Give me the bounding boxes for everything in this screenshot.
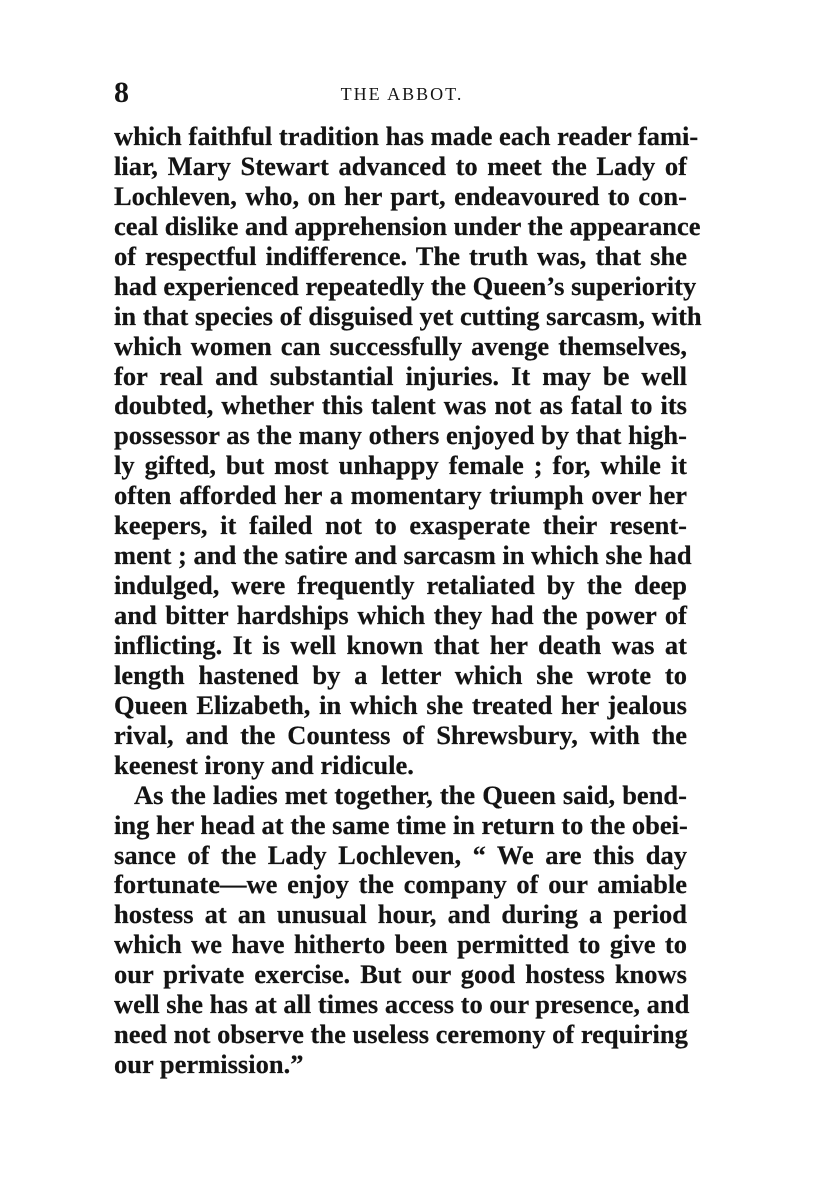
text-line: often afforded her a momentary triumph o… [114,481,687,511]
text-line: of respectful indifference. The truth wa… [114,242,687,272]
text-line: Queen Elizabeth, in which she treated he… [114,691,687,721]
book-page: 8 THE ABBOT. which faithful tradition ha… [0,0,840,1191]
text-line: sance of the Lady Lochleven, “ We are th… [114,841,687,871]
text-line: ly gifted, but most unhappy female ; for… [114,451,687,481]
text-line: need not observe the useless ceremony of… [114,1020,687,1050]
running-head: 8 THE ABBOT. [114,76,686,110]
text-line: for real and substantial injuries. It ma… [114,362,687,392]
paragraph-end-line: our permission.” [114,1050,687,1080]
text-line: ment ; and the satire and sarcasm in whi… [114,541,687,571]
text-line: length hastened by a letter which she wr… [114,661,687,691]
text-line: which women can successfully avenge them… [114,332,687,362]
text-line: ceal dislike and apprehension under the … [114,212,687,242]
text-line: liar, Mary Stewart advanced to meet the … [114,152,687,182]
running-title: THE ABBOT. [114,80,686,108]
text-line: fortunate—we enjoy the company of our am… [114,870,687,900]
text-line: rival, and the Countess of Shrewsbury, w… [114,721,687,751]
text-line: and bitter hardships which they had the … [114,601,687,631]
body-text: which faithful tradition has made each r… [114,122,687,1080]
text-line: our private exercise. But our good hoste… [114,960,687,990]
paragraph-end-line: keenest irony and ridicule. [114,751,687,781]
text-line: indulged, were frequently retaliated by … [114,571,687,601]
text-line: had experienced repeatedly the Queen’s s… [114,272,687,302]
text-line: well she has at all times access to our … [114,990,687,1020]
text-line: possessor as the many others enjoyed by … [114,421,687,451]
paragraph-start-line: As the ladies met together, the Queen sa… [114,781,687,811]
text-line: hostess at an unusual hour, and during a… [114,900,687,930]
text-line: which we have hitherto been permitted to… [114,930,687,960]
text-line: doubted, whether this talent was not as … [114,391,687,421]
text-line: Lochleven, who, on her part, endeavoured… [114,182,687,212]
text-line: which faithful tradition has made each r… [114,122,687,152]
text-line: in that species of disguised yet cutting… [114,302,687,332]
text-line: ing her head at the same time in return … [114,811,687,841]
text-line: keepers, it failed not to exasperate the… [114,511,687,541]
text-line: inflicting. It is well known that her de… [114,631,687,661]
